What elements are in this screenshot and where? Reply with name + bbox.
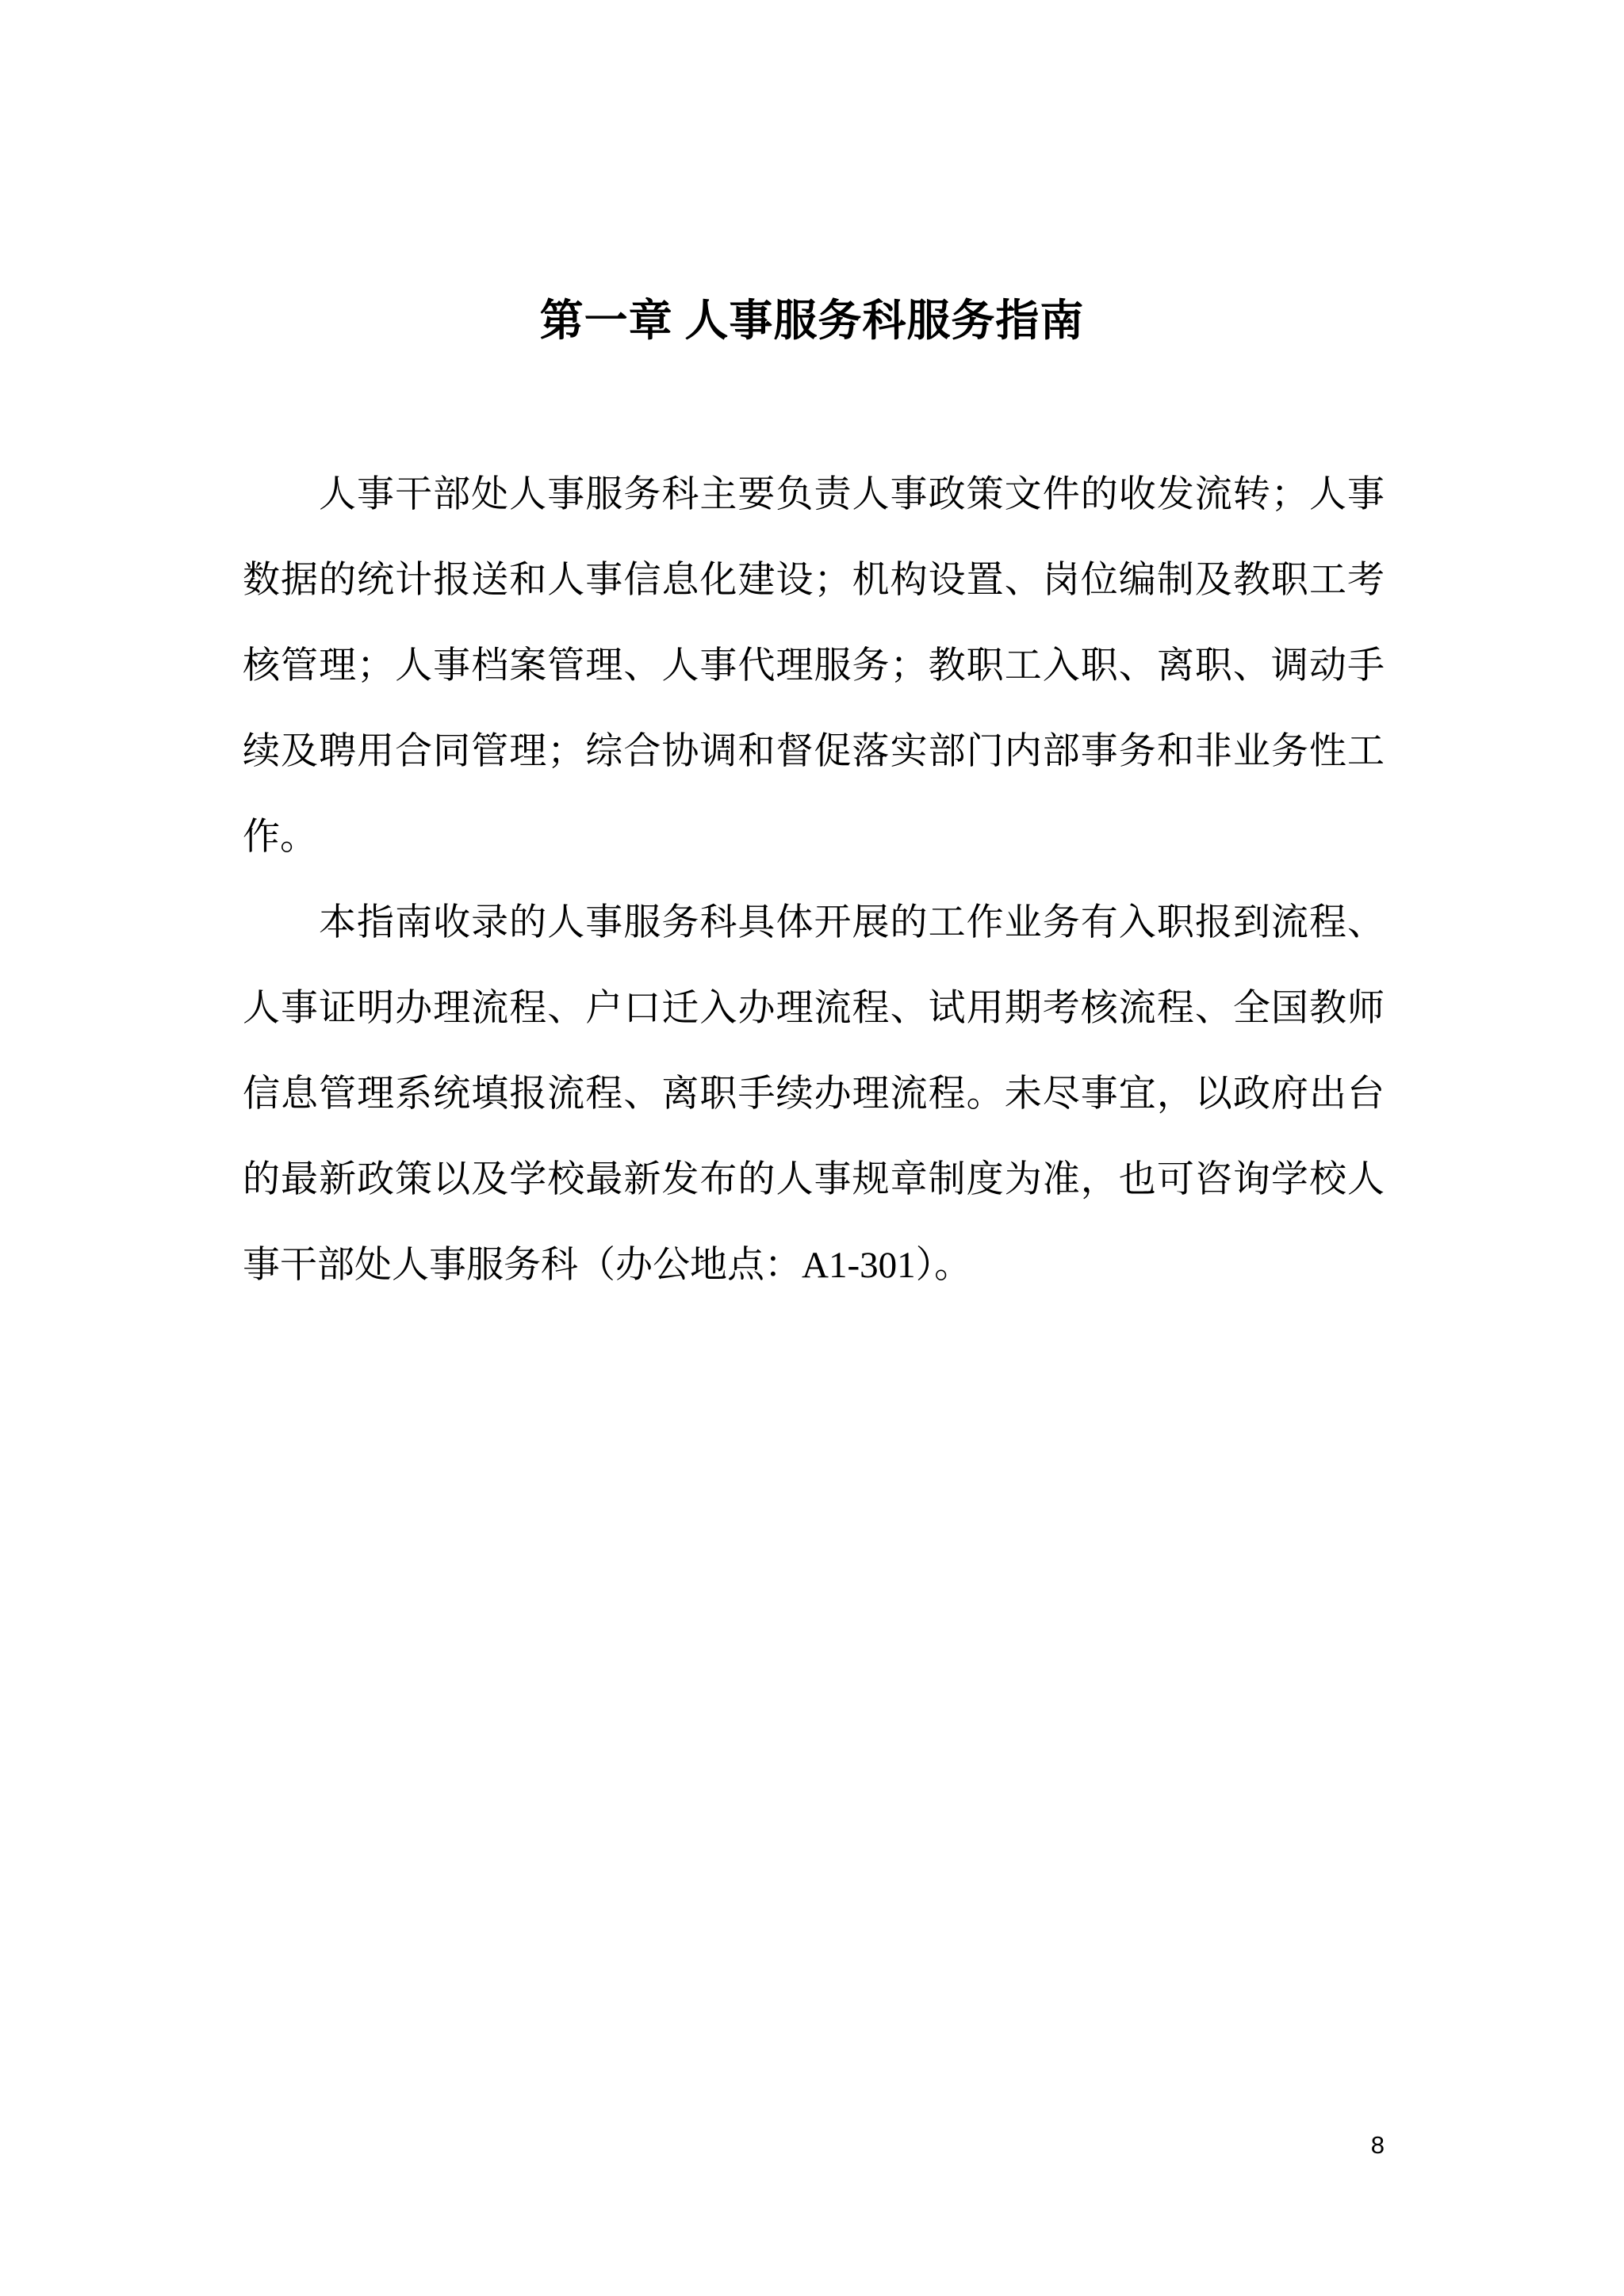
paragraph-line: 本指南收录的人事服务科具体开展的工作业务有入职报到流程、: [243, 880, 1385, 966]
paragraph-line: 数据的统计报送和人事信息化建设；机构设置、岗位编制及教职工考: [243, 538, 1385, 623]
paragraph: 本指南收录的人事服务科具体开展的工作业务有入职报到流程、 人事证明办理流程、户口…: [243, 880, 1385, 1308]
paragraph-line: 的最新政策以及学校最新发布的人事规章制度为准，也可咨询学校人: [243, 1137, 1385, 1223]
paragraph-line: 事干部处人事服务科（办公地点：A1-301）。: [243, 1223, 1385, 1308]
paragraph-line: 人事干部处人事服务科主要负责人事政策文件的收发流转；人事: [243, 452, 1385, 538]
paragraph-line: 核管理；人事档案管理、人事代理服务；教职工入职、离职、调动手: [243, 623, 1385, 709]
paragraph-line: 信息管理系统填报流程、离职手续办理流程。未尽事宜，以政府出台: [243, 1051, 1385, 1137]
chapter-title: 第一章 人事服务科服务指南: [0, 295, 1624, 347]
paragraph: 人事干部处人事服务科主要负责人事政策文件的收发流转；人事 数据的统计报送和人事信…: [243, 452, 1385, 880]
page-number: 8: [243, 2131, 1385, 2160]
body-text: 人事干部处人事服务科主要负责人事政策文件的收发流转；人事 数据的统计报送和人事信…: [243, 452, 1385, 1308]
document-page: 第一章 人事服务科服务指南 人事干部处人事服务科主要负责人事政策文件的收发流转；…: [0, 0, 1624, 2296]
paragraph-line: 作。: [243, 794, 1385, 880]
paragraph-line: 人事证明办理流程、户口迁入办理流程、试用期考核流程、全国教师: [243, 966, 1385, 1051]
paragraph-line: 续及聘用合同管理；综合协调和督促落实部门内部事务和非业务性工: [243, 709, 1385, 794]
